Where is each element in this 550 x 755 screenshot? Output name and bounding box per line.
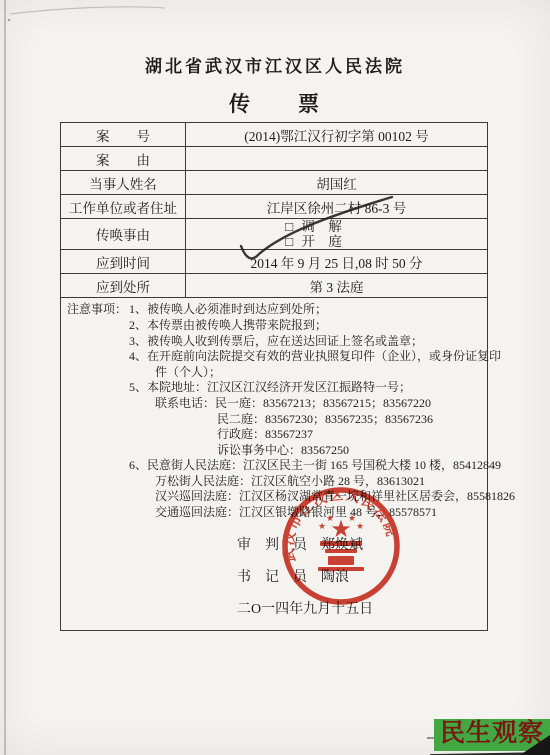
- seal-national-emblem-icon: ★ ★ ★ ★ ★: [318, 513, 364, 571]
- note-line: 4、在开庭前向法院提交有效的营业执照复印件（企业），或身份证复印: [129, 349, 515, 365]
- summon-reason-row: 传唤事由 □调 解 □开 庭: [61, 219, 488, 250]
- table-row: 工作单位或者住址 江岸区徐州二村 86-3 号: [61, 195, 488, 219]
- seal-star-icon: ★: [326, 513, 334, 523]
- seal-star-icon: ★: [348, 513, 356, 523]
- notes-prefix: 注意事项：: [67, 302, 129, 318]
- option-hearing: □开 庭: [192, 234, 481, 249]
- option-mediation: □调 解: [192, 219, 481, 234]
- summon-reason-label: 传唤事由: [61, 219, 186, 250]
- cause-of-action-label: 案 由: [61, 147, 186, 171]
- table-row: 应到处所 第 3 法庭: [61, 274, 488, 298]
- work-unit-address-label: 工作单位或者住址: [61, 195, 186, 219]
- seal-star-icon: ★: [318, 521, 326, 531]
- appearance-time-value: 2014 年 9 月 25 日,08 时 50 分: [186, 250, 488, 274]
- note-line: 5、本院地址：江汉区江汉经济开发区江振路特一号；: [129, 380, 515, 396]
- note-line: 诉讼事务中心：83567250: [217, 443, 515, 459]
- party-name-value: 胡国红: [186, 171, 488, 195]
- work-unit-address-value: 江岸区徐州二村 86-3 号: [186, 195, 488, 219]
- table-row: 案 号 (2014)鄂江汉行初字第 00102 号: [61, 123, 488, 147]
- note-line: 1、被传唤人必须准时到达应到处所；: [129, 302, 515, 318]
- notes-section: 注意事项： 1、被传唤人必须准时到达应到处所；2、本传票由被传唤人携带来院报到；…: [67, 302, 481, 520]
- table-row: 案 由: [61, 147, 488, 171]
- appearance-place-label: 应到处所: [61, 274, 186, 298]
- checkbox-hearing-icon: □: [285, 234, 293, 249]
- option-mediation-label: 调 解: [301, 219, 342, 234]
- notes-row: 注意事项： 1、被传唤人必须准时到达应到处所；2、本传票由被传唤人携带来院报到；…: [61, 298, 488, 631]
- note-line: 民二庭：83567230；83567235；83567236: [217, 412, 515, 428]
- option-hearing-label: 开 庭: [301, 234, 342, 249]
- note-line: 行政庭：83567237: [217, 427, 515, 443]
- case-number-value: (2014)鄂江汉行初字第 00102 号: [186, 123, 488, 147]
- document-title: 传 票: [0, 88, 550, 118]
- notes-cell: 注意事项： 1、被传唤人必须准时到达应到处所；2、本传票由被传唤人携带来院报到；…: [61, 298, 488, 631]
- note-line: 6、民意街人民法庭：江汉区民主一街 165 号国税大楼 10 楼，8541284…: [129, 458, 515, 474]
- table-row: 当事人姓名 胡国红: [61, 171, 488, 195]
- case-number-label: 案 号: [61, 123, 186, 147]
- watermark-label: 民生观察: [434, 719, 550, 751]
- party-name-label: 当事人姓名: [61, 171, 186, 195]
- table-row: 应到时间 2014 年 9 月 25 日,08 时 50 分: [61, 250, 488, 274]
- note-line: 联系电话：民一庭：83567213；83567215；83567220: [155, 396, 515, 412]
- note-line: 2、本传票由被传唤人携带来院报到；: [129, 318, 515, 334]
- cause-of-action-value: [186, 147, 488, 171]
- appearance-place-value: 第 3 法庭: [186, 274, 488, 298]
- scanned-summons-page: 湖北省武汉市江汉区人民法院 传 票 案 号 (2014)鄂江汉行初字第 0010…: [0, 0, 550, 755]
- summon-reason-options: □调 解 □开 庭: [186, 219, 488, 250]
- checkbox-mediation-icon: □: [285, 219, 293, 234]
- summons-table: 案 号 (2014)鄂江汉行初字第 00102 号 案 由 当事人姓名 胡国红 …: [60, 122, 488, 631]
- court-name: 湖北省武汉市江汉区人民法院: [0, 52, 550, 77]
- appearance-time-label: 应到时间: [61, 250, 186, 274]
- note-line: 件（个人）；: [155, 365, 515, 381]
- seal-star-icon: ★: [356, 521, 364, 531]
- court-seal: 武汉市江汉区人民法院 ★ ★ ★ ★ ★: [280, 485, 402, 607]
- note-line: 3、被传唤人收到传票后，应在送达回证上签名或盖章；: [129, 334, 515, 350]
